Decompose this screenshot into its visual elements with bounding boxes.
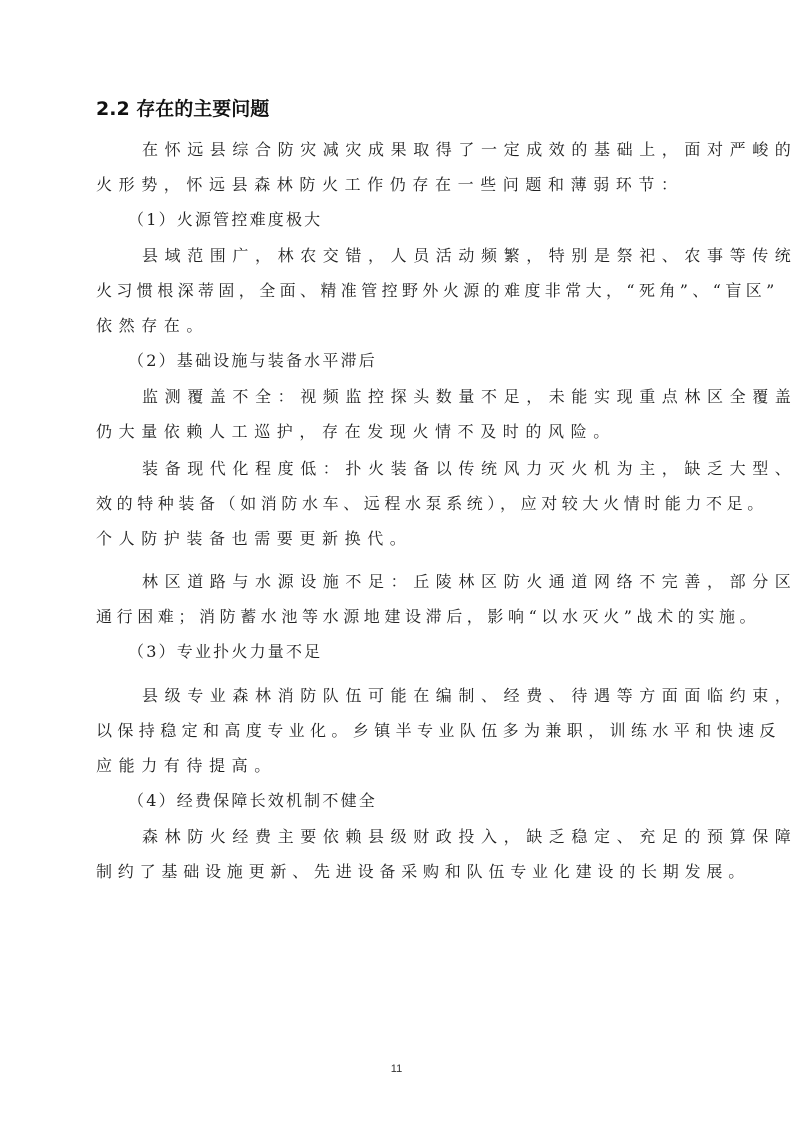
item-1-p1-line-3: 依然存在。 (96, 315, 700, 337)
item-2-p2-line-1: 装备现代化程度低：扑火装备以传统风力灭火机为主，缺乏大型、高 (142, 458, 746, 480)
document-page: 2.2 存在的主要问题 在怀远县综合防灾减灾成果取得了一定成效的基础上，面对严峻… (0, 0, 793, 1122)
item-2-p1-line-1: 监测覆盖不全：视频监控探头数量不足，未能实现重点林区全覆盖， (142, 386, 746, 408)
item-4-p1-line-2: 制约了基础设施更新、先进设备采购和队伍专业化建设的长期发展。 (96, 861, 700, 883)
item-4-p1-line-1: 森林防火经费主要依赖县级财政投入，缺乏稳定、充足的预算保障， (142, 826, 746, 848)
intro-line-1: 在怀远县综合防灾减灾成果取得了一定成效的基础上，面对严峻的防 (142, 139, 746, 161)
item-2-p1-line-2: 仍大量依赖人工巡护，存在发现火情不及时的风险。 (96, 421, 700, 443)
intro-line-2: 火形势，怀远县森林防火工作仍存在一些问题和薄弱环节： (96, 174, 700, 196)
item-2-p2-line-3: 个人防护装备也需要更新换代。 (96, 528, 700, 550)
item-3-p1-line-3: 应能力有待提高。 (96, 755, 700, 777)
item-1-title: （1）火源管控难度极大 (128, 209, 732, 231)
section-heading: 2.2 存在的主要问题 (96, 96, 269, 122)
item-4-title: （4）经费保障长效机制不健全 (128, 790, 732, 812)
item-3-p1-line-2: 以保持稳定和高度专业化。乡镇半专业队伍多为兼职，训练水平和快速反 (96, 720, 700, 742)
page-number: 11 (0, 1063, 793, 1075)
item-1-p1-line-1: 县域范围广，林农交错，人员活动频繁，特别是祭祀、农事等传统用 (142, 245, 746, 267)
item-2-title: （2）基础设施与装备水平滞后 (128, 350, 732, 372)
item-2-p2-line-2: 效的特种装备（如消防水车、远程水泵系统），应对较大火情时能力不足。 (96, 493, 700, 515)
item-3-title: （3）专业扑火力量不足 (128, 641, 732, 663)
item-2-p3-line-1: 林区道路与水源设施不足：丘陵林区防火通道网络不完善，部分区域 (142, 571, 746, 593)
item-1-p1-line-2: 火习惯根深蒂固，全面、精准管控野外火源的难度非常大，“死角”、“盲区” (96, 280, 700, 302)
item-2-p3-line-2: 通行困难；消防蓄水池等水源地建设滞后，影响“以水灭火”战术的实施。 (96, 606, 700, 628)
item-3-p1-line-1: 县级专业森林消防队伍可能在编制、经费、待遇等方面面临约束，难 (142, 685, 746, 707)
